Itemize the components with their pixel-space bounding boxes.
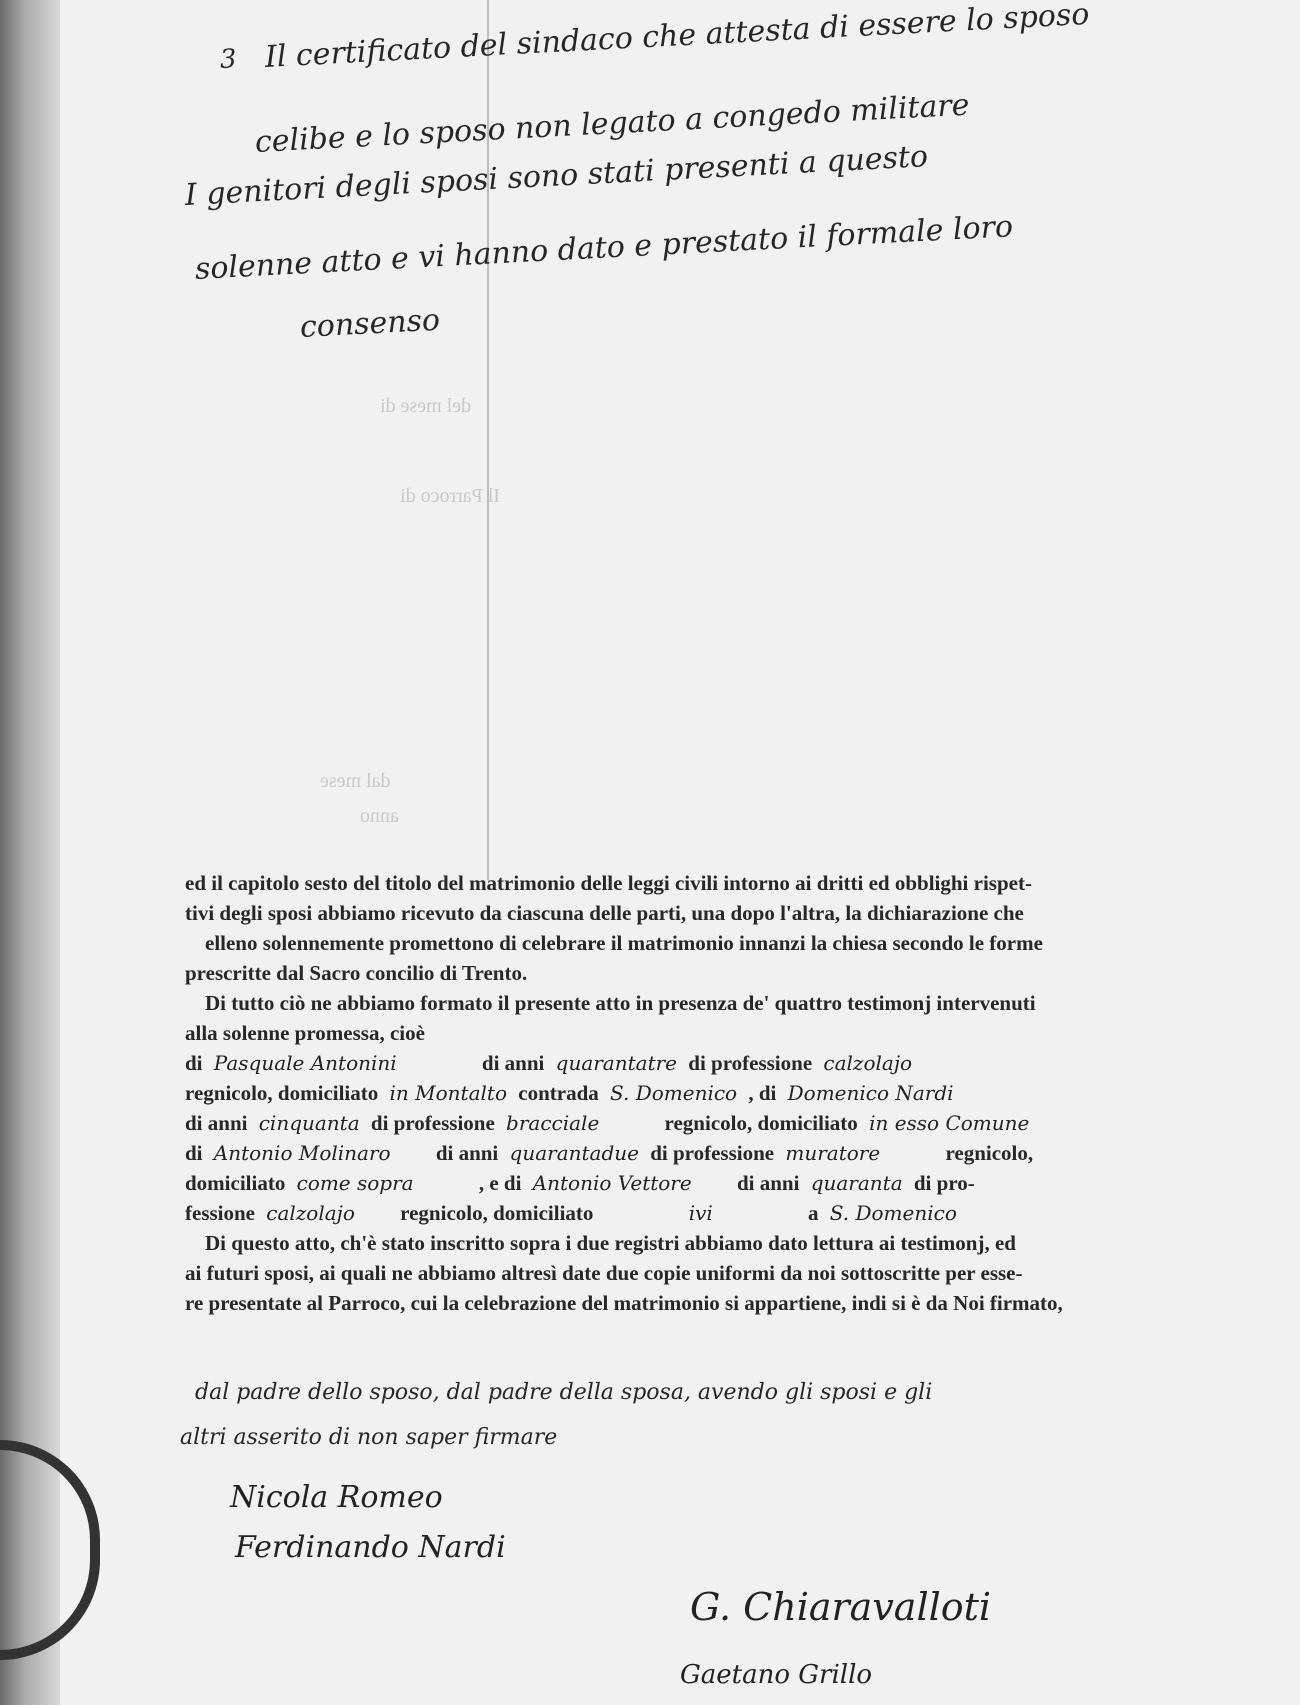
witness-line: fessione calzolajo regnicolo, domiciliat… — [185, 1198, 1285, 1228]
handwritten-note-line: Il certificato del sindaco che attesta d… — [264, 0, 1090, 75]
witness-residence-field: in Montalto — [390, 1081, 507, 1105]
closing-line: Di questo atto, ch'è stato inscritto sop… — [185, 1228, 1285, 1258]
witness-residence-field: ivi — [689, 1201, 713, 1225]
witness-profession-field: calzolajo — [266, 1201, 355, 1225]
witness-line: di anni cinquanta di professione braccia… — [185, 1108, 1285, 1138]
witness-profession-field: calzolajo — [823, 1051, 912, 1075]
label: regnicolo, domiciliato — [665, 1111, 858, 1135]
handwritten-addendum-line: altri asserito di non saper firmare — [180, 1425, 557, 1450]
label: di — [185, 1051, 203, 1075]
handwritten-note-line: consenso — [299, 303, 441, 345]
witness-name-field: Antonio Molinaro — [214, 1141, 391, 1165]
witness-age-field: cinquanta — [259, 1111, 360, 1135]
closing-line: re presentate al Parroco, cui la celebra… — [185, 1288, 1285, 1318]
body-line: prescritte dal Sacro concilio di Trento. — [185, 958, 1285, 988]
bleed-through-text: Il Parroco di — [400, 485, 500, 508]
witness-age-field: quarantatre — [556, 1051, 677, 1075]
witness-profession-field: muratore — [785, 1141, 880, 1165]
document-page: del mese di Il Parroco di dal mese anno … — [0, 0, 1300, 1705]
label: di anni — [737, 1171, 799, 1195]
witness-profession-field: bracciale — [506, 1111, 599, 1135]
printed-body: ed il capitolo sesto del titolo del matr… — [185, 868, 1285, 1318]
witness-street-field: S. Domenico — [610, 1081, 737, 1105]
label: di professione — [650, 1141, 774, 1165]
witness-line: di Antonio Molinaro di anni quarantadue … — [185, 1138, 1285, 1168]
witness-age-field: quaranta — [811, 1171, 903, 1195]
signature: Ferdinando Nardi — [235, 1530, 506, 1565]
signature: Nicola Romeo — [230, 1480, 443, 1515]
label: regnicolo, — [945, 1141, 1033, 1165]
closing-line: ai futuri sposi, ai quali ne abbiamo alt… — [185, 1258, 1285, 1288]
witness-residence-field: come sopra — [297, 1171, 414, 1195]
label: regnicolo, domiciliato — [185, 1081, 378, 1105]
record-number: 3 — [219, 44, 237, 75]
label: , e di — [479, 1171, 522, 1195]
handwritten-note-line: solenne atto e vi hanno dato e prestato … — [194, 209, 1014, 287]
witness-line: regnicolo, domiciliato in Montalto contr… — [185, 1078, 1285, 1108]
label: regnicolo, domiciliato — [400, 1201, 593, 1225]
label: domiciliato — [185, 1171, 285, 1195]
handwritten-addendum-line: dal padre dello sposo, dal padre della s… — [195, 1380, 932, 1405]
body-line: Di tutto ciò ne abbiamo formato il prese… — [185, 988, 1285, 1018]
label: di professione — [371, 1111, 495, 1135]
label: di anni — [185, 1111, 247, 1135]
witness-age-field: quarantadue — [510, 1141, 639, 1165]
label: di — [185, 1141, 203, 1165]
bleed-through-text: dal mese — [320, 770, 391, 793]
witness-street-field: S. Domenico — [830, 1201, 957, 1225]
signature: Gaetano Grillo — [680, 1660, 872, 1690]
label: a — [808, 1201, 819, 1225]
witness-line: di Pasquale Antonini di anni quarantatre… — [185, 1048, 1285, 1078]
bleed-through-text: anno — [360, 805, 399, 828]
body-line: tivi degli sposi abbiamo ricevuto da cia… — [185, 898, 1285, 928]
bleed-through-text: del mese di — [380, 395, 471, 418]
witness-name-field: Domenico Nardi — [788, 1081, 954, 1105]
label: di anni — [482, 1051, 544, 1075]
label: fessione — [185, 1201, 255, 1225]
signature: G. Chiaravalloti — [690, 1585, 991, 1629]
label: di pro- — [914, 1171, 975, 1195]
label: di anni — [436, 1141, 498, 1165]
witness-residence-field: in esso Comune — [869, 1111, 1029, 1135]
binding-clip — [0, 1440, 100, 1660]
label: contrada — [518, 1081, 599, 1105]
body-line: alla solenne promessa, cioè — [185, 1018, 1285, 1048]
witness-line: domiciliato come sopra , e di Antonio Ve… — [185, 1168, 1285, 1198]
witness-name-field: Antonio Vettore — [533, 1171, 692, 1195]
body-line: elleno solennemente promettono di celebr… — [185, 928, 1285, 958]
witness-name-field: Pasquale Antonini — [214, 1051, 397, 1075]
label: , di — [748, 1081, 776, 1105]
label: di professione — [688, 1051, 812, 1075]
body-line: ed il capitolo sesto del titolo del matr… — [185, 868, 1285, 898]
